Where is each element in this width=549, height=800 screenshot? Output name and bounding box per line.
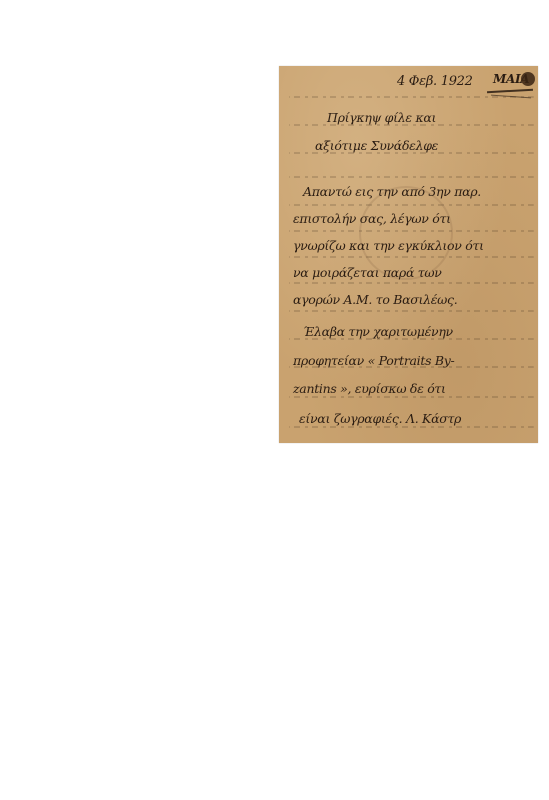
body-line: γνωρίζω και την εγκύκλιον ότι (293, 238, 484, 253)
page-background: 4 Φεβ. 1922 ΜΑΙΑ Πρίγκηψ φίλε και αξιότι… (0, 0, 549, 800)
handwritten-letter: 4 Φεβ. 1922 ΜΑΙΑ Πρίγκηψ φίλε και αξιότι… (279, 66, 538, 443)
body-line: προφητείαν « Portraits By- (293, 353, 454, 368)
body-line: zantins », ευρίσκω δε ότι (293, 381, 446, 396)
seal-icon (521, 72, 535, 86)
body-line: Απαντώ εις την από 3ην παρ. (303, 184, 481, 199)
salutation-line-2: αξιότιμε Συνάδελφε (315, 138, 438, 153)
body-line: αγορών Α.Μ. το Βασιλέως. (293, 292, 457, 307)
body-line: είναι ζωγραφιές. Λ. Κάστρ (299, 411, 461, 426)
body-line: επιστολήν σας, λέγων ότι (293, 211, 451, 226)
letter-date: 4 Φεβ. 1922 (397, 74, 473, 89)
body-line: να μοιράζεται παρά των (293, 265, 442, 280)
body-line: Έλαβα την χαριτωμένην (303, 324, 453, 339)
salutation-line-1: Πρίγκηψ φίλε και (327, 110, 436, 125)
